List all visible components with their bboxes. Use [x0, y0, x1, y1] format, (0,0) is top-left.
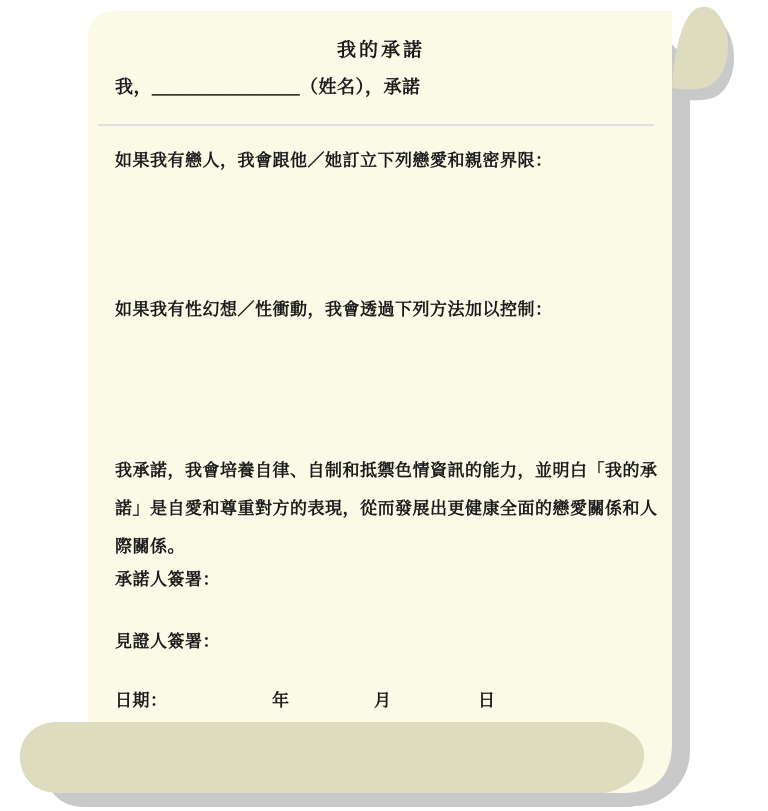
header-divider: [98, 124, 654, 126]
name-fill-in-line: 我，＿＿＿＿＿＿＿＿（姓名），承諾: [115, 76, 421, 98]
witness-signature-label: 見證人簽署：: [115, 631, 220, 653]
boundaries-prompt: 如果我有戀人，我會跟他／她訂立下列戀愛和親密界限：: [115, 150, 553, 172]
self-control-prompt: 如果我有性幻想／性衝動，我會透過下列方法加以控制：: [115, 299, 553, 321]
date-day-label: 日: [478, 690, 496, 712]
pledge-text-layer: 我的承諾 我，＿＿＿＿＿＿＿＿（姓名），承諾 如果我有戀人，我會跟他／她訂立下列…: [0, 0, 768, 811]
pledge-scroll-page: 我的承諾 我，＿＿＿＿＿＿＿＿（姓名），承諾 如果我有戀人，我會跟他／她訂立下列…: [0, 0, 768, 811]
date-label: 日期：: [115, 690, 168, 712]
pledge-paragraph: 我承諾，我會培養自律、自制和抵禦色情資訊的能力，並明白「我的承諾」是自愛和尊重對…: [115, 452, 663, 566]
date-year-label: 年: [272, 690, 290, 712]
page-title: 我的承諾: [98, 40, 664, 62]
promisor-signature-label: 承諾人簽署：: [115, 569, 220, 591]
date-month-label: 月: [374, 690, 392, 712]
